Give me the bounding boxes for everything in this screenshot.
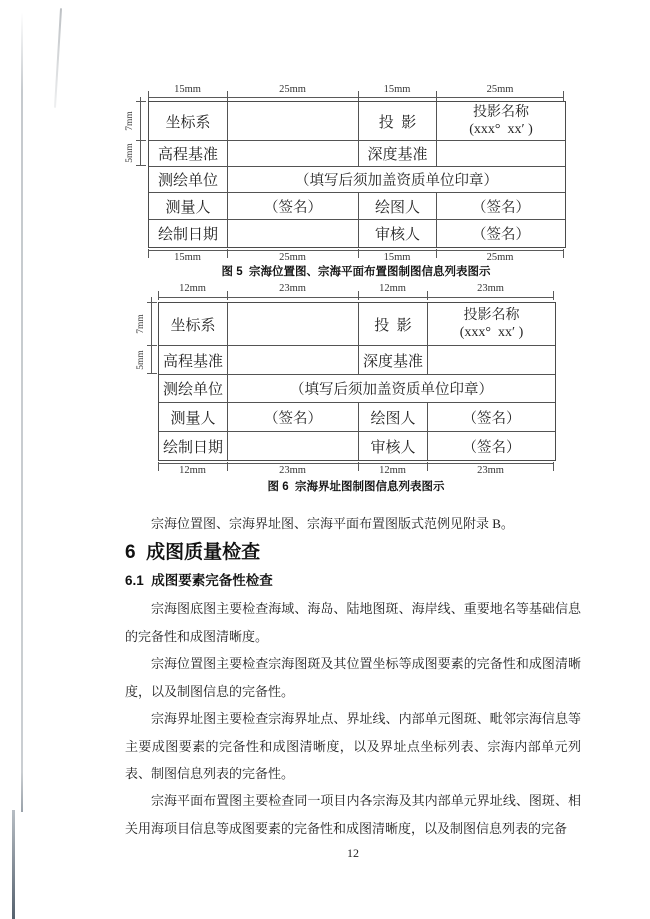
dim-label: 23mm [427, 283, 554, 295]
signature-cell: （签名） [228, 193, 359, 220]
dim-label: 7mm [136, 314, 146, 334]
signature-cell: （签名） [437, 220, 565, 247]
dim-label: 23mm [227, 283, 358, 295]
dim-label: 25mm [227, 84, 358, 96]
dim-label: 15mm [148, 84, 227, 96]
dim-label: 23mm [427, 465, 554, 477]
depth-datum-cell: 深度基准 [359, 141, 437, 167]
surveyor-cell: 测量人 [159, 403, 228, 432]
projection-cell: 投 影 [359, 102, 437, 141]
surveyor-cell: 测量人 [149, 193, 228, 220]
projection-name-line2: (xxx° xx′ ) [460, 324, 524, 341]
projection-name-line1: 投影名称 [464, 307, 520, 324]
survey-unit-note-cell: （填写后须加盖资质单位印章） [228, 167, 565, 193]
survey-unit-cell: 测绘单位 [149, 167, 228, 193]
projection-name-line1: 投影名称 [473, 104, 529, 121]
figure6-top-dimensions: 12mm 23mm 12mm 23mm [158, 283, 554, 295]
scan-edge-line [21, 12, 23, 812]
paragraph: 宗海位置图主要检查宗海图斑及其位置坐标等成图要素的完备性和成图清晰度，以及制图信… [125, 650, 581, 705]
paragraph: 宗海界址图主要检查宗海界址点、界址线、内部单元图斑、毗邻宗海信息等主要成图要素的… [125, 705, 581, 788]
reviewer-cell: 审核人 [359, 220, 437, 247]
figure5-top-dimline [148, 97, 564, 98]
figure6-top-dimline [158, 297, 554, 298]
empty-cell [428, 346, 555, 375]
figure5-caption: 图 5 宗海位置图、宗海平面布置图制图信息列表图示 [148, 263, 564, 279]
date-cell: 绘制日期 [159, 432, 228, 460]
figure5-left-dimline [140, 97, 141, 166]
dim-label: 5mm [125, 143, 135, 163]
scan-edge-shadow [12, 810, 15, 919]
depth-datum-cell: 深度基准 [359, 346, 428, 375]
empty-cell [228, 303, 359, 346]
drafter-cell: 绘图人 [359, 403, 428, 432]
signature-cell: （签名） [228, 403, 359, 432]
signature-cell: （签名） [428, 403, 555, 432]
figure6-left-dimline [151, 297, 152, 374]
paragraph: 宗海图底图主要检查海域、海岛、陆地图斑、海岸线、重要地名等基础信息的完备性和成图… [125, 595, 581, 650]
intro-paragraph-wrap: 宗海位置图、宗海界址图、宗海平面布置图版式范例见附录 B。 [125, 511, 581, 537]
signature-cell: （签名） [437, 193, 565, 220]
paragraph4-wrap: 宗海平面布置图主要检查同一项目内各宗海及其内部单元界址线、图斑、相关用海项目信息… [125, 787, 581, 842]
empty-cell [228, 346, 359, 375]
figure5-top-dimensions: 15mm 25mm 15mm 25mm [148, 84, 564, 96]
figure5-bottom-dimline [148, 250, 564, 251]
empty-cell [228, 141, 359, 167]
figure5-table: 坐标系 投 影 投影名称 (xxx° xx′ ) 高程基准 深度基准 测绘单位 … [148, 101, 566, 248]
height-datum-cell: 高程基准 [159, 346, 228, 375]
figure6-caption: 图 6 宗海界址图制图信息列表图示 [158, 478, 554, 494]
figure6-bottom-dimensions: 12mm 23mm 12mm 23mm [158, 465, 554, 477]
subsection-heading: 6.1 成图要素完备性检查 [125, 570, 273, 592]
dim-label: 12mm [158, 283, 227, 295]
projection-name-cell: 投影名称 (xxx° xx′ ) [428, 303, 555, 346]
empty-cell [437, 141, 565, 167]
figure6-table: 坐标系 投 影 投影名称 (xxx° xx′ ) 高程基准 深度基准 测绘单位 … [158, 302, 556, 461]
page-number: 12 [125, 846, 581, 861]
document-page: 15mm 25mm 15mm 25mm 7mm 5mm 坐标系 投 影 投影名称… [0, 0, 650, 919]
paragraph2-wrap: 宗海位置图主要检查宗海图斑及其位置坐标等成图要素的完备性和成图清晰度，以及制图信… [125, 650, 581, 705]
paragraph3-wrap: 宗海界址图主要检查宗海界址点、界址线、内部单元图斑、毗邻宗海信息等主要成图要素的… [125, 705, 581, 788]
dim-label: 12mm [358, 283, 427, 295]
dim-label: 25mm [436, 84, 564, 96]
empty-cell [228, 102, 359, 141]
coordinate-system-cell: 坐标系 [149, 102, 228, 141]
paragraph: 宗海平面布置图主要检查同一项目内各宗海及其内部单元界址线、图斑、相关用海项目信息… [125, 787, 581, 842]
empty-cell [228, 220, 359, 247]
paragraph1-wrap: 宗海图底图主要检查海域、海岛、陆地图斑、海岸线、重要地名等基础信息的完备性和成图… [125, 595, 581, 650]
scan-curve-artifact [54, 8, 62, 108]
empty-cell [228, 432, 359, 460]
dim-label: 12mm [158, 465, 227, 477]
section-heading: 6 成图质量检查 [125, 540, 260, 566]
intro-paragraph: 宗海位置图、宗海界址图、宗海平面布置图版式范例见附录 B。 [125, 511, 581, 537]
survey-unit-cell: 测绘单位 [159, 375, 228, 403]
height-datum-cell: 高程基准 [149, 141, 228, 167]
figure6-bottom-dimline [158, 463, 554, 464]
dim-label: 12mm [358, 465, 427, 477]
drafter-cell: 绘图人 [359, 193, 437, 220]
dim-label: 5mm [136, 350, 146, 370]
coordinate-system-cell: 坐标系 [159, 303, 228, 346]
projection-name-line2: (xxx° xx′ ) [469, 121, 533, 138]
dim-label: 7mm [125, 111, 135, 131]
date-cell: 绘制日期 [149, 220, 228, 247]
survey-unit-note-cell: （填写后须加盖资质单位印章） [228, 375, 555, 403]
signature-cell: （签名） [428, 432, 555, 460]
dim-label: 15mm [358, 84, 436, 96]
projection-cell: 投 影 [359, 303, 428, 346]
projection-name-cell: 投影名称 (xxx° xx′ ) [437, 102, 565, 141]
reviewer-cell: 审核人 [359, 432, 428, 460]
dim-label: 23mm [227, 465, 358, 477]
